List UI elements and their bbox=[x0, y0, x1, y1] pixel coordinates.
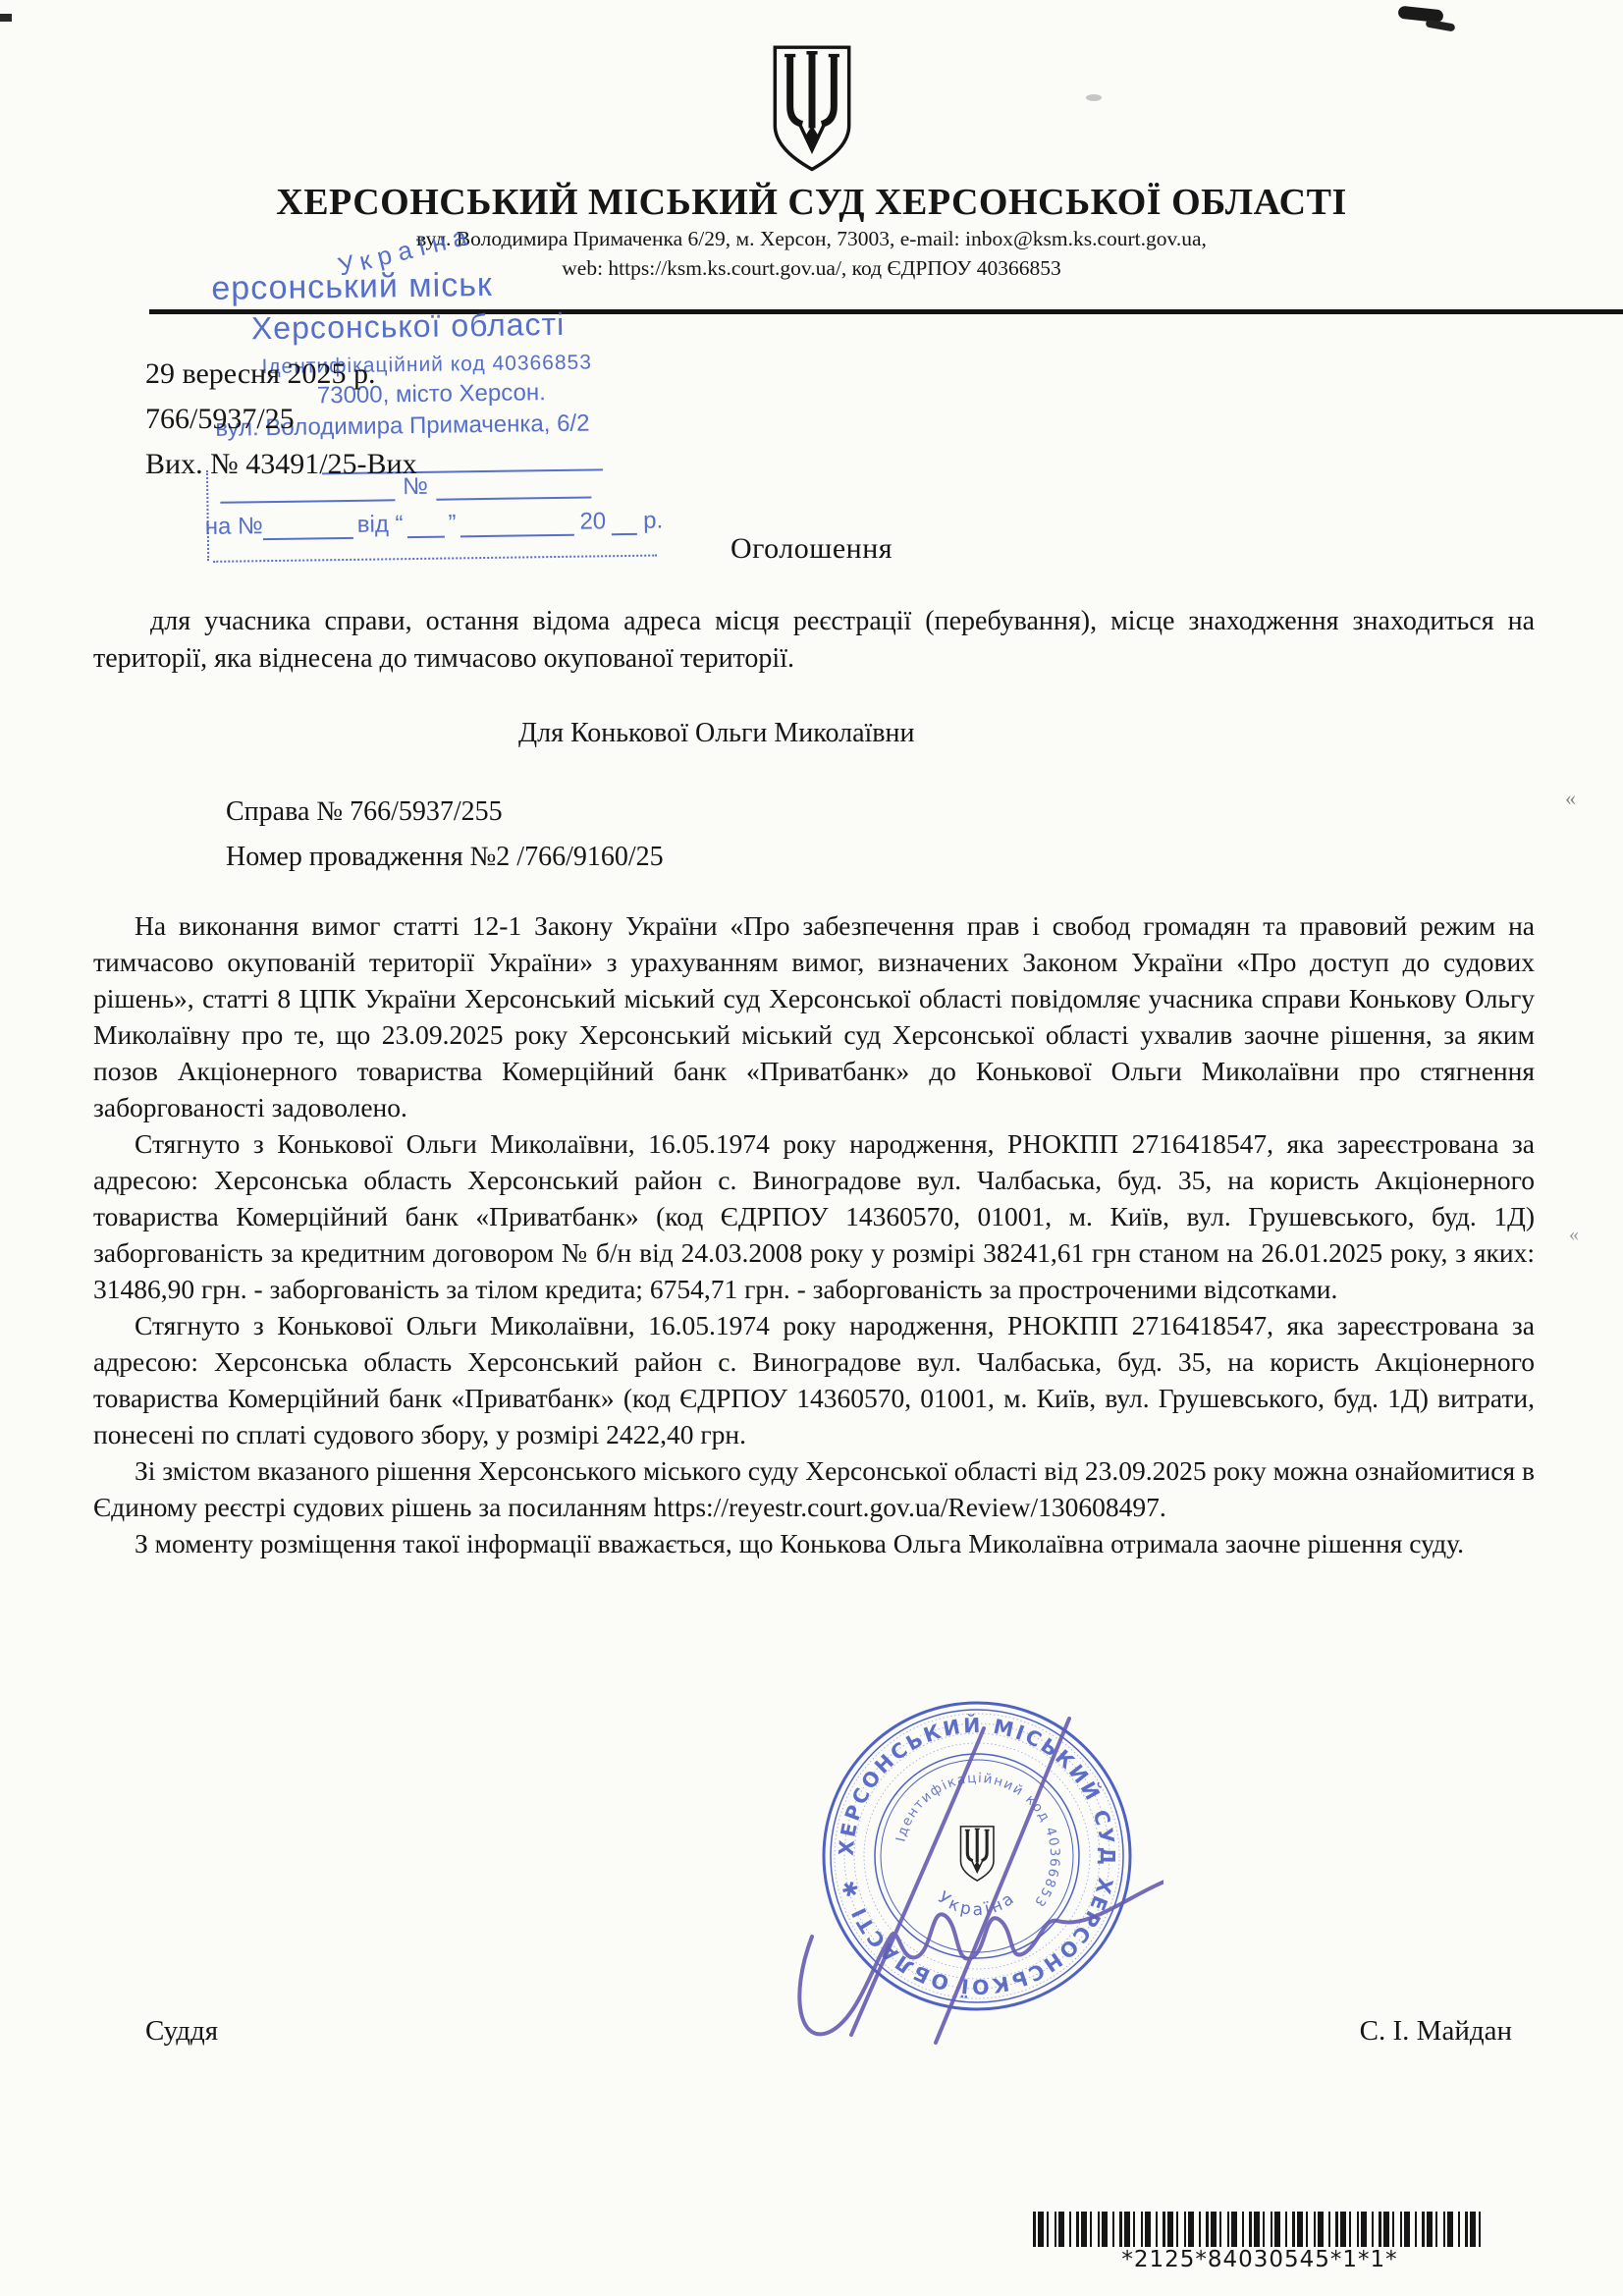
body-text: На виконання вимог статті 12-1 Закону Ук… bbox=[93, 907, 1535, 1561]
addressee-line: Для Конькової Ольги Миколаївни bbox=[518, 718, 914, 749]
scan-artifact bbox=[1086, 94, 1102, 101]
outgoing-number: Вих. № 43491/25-Вих bbox=[145, 442, 417, 487]
stamp-bottom-dotted bbox=[213, 553, 657, 563]
stamp-r-label: р. bbox=[637, 507, 669, 534]
stamp-form-line bbox=[436, 476, 591, 500]
stamp-form-line bbox=[263, 518, 353, 540]
case-number-line: Справа № 766/5937/255 bbox=[226, 790, 664, 835]
stamp-form-line bbox=[406, 517, 444, 539]
stamp-court-line1: ерсонський міськ bbox=[211, 266, 493, 308]
proceeding-number-line: Номер провадження №2 /766/9160/25 bbox=[226, 835, 664, 880]
outgoing-block: 29 вересня 2025 р. 766/5937/25 Вих. № 43… bbox=[145, 352, 417, 487]
stamp-form-line bbox=[612, 514, 637, 535]
scan-artifact bbox=[1426, 19, 1456, 31]
court-seal: ХЕРСОНСЬКИЙ МІСЬКИЙ СУД ХЕРСОНСЬКОЇ ОБЛА… bbox=[790, 1669, 1163, 2067]
scan-artifact: « bbox=[1569, 1224, 1579, 1246]
scan-artifact: « bbox=[1565, 786, 1576, 811]
court-name: ХЕРСОНСЬКИЙ МІСЬКИЙ СУД ХЕРСОНСЬКОЇ ОБЛА… bbox=[0, 181, 1623, 224]
body-paragraph: Стягнуто з Конькової Ольги Миколаївни, 1… bbox=[93, 1125, 1535, 1307]
body-paragraph: На виконання вимог статті 12-1 Закону Ук… bbox=[93, 907, 1535, 1125]
barcode-label: *2125*84030545*1*1* bbox=[1033, 2247, 1487, 2272]
stamp-vid-label: від “ bbox=[353, 511, 407, 539]
seal-tryzub-icon bbox=[960, 1827, 993, 1881]
outgoing-case-no: 766/5937/25 bbox=[145, 397, 417, 442]
scan-artifact bbox=[0, 14, 12, 22]
stamp-quote-label: ” bbox=[444, 510, 460, 537]
scanned-court-document: ХЕРСОНСЬКИЙ МІСЬКИЙ СУД ХЕРСОНСЬКОЇ ОБЛА… bbox=[0, 0, 1623, 2296]
outgoing-date: 29 вересня 2025 р. bbox=[145, 352, 417, 397]
stamp-court-line2: Херсонської області bbox=[251, 306, 566, 347]
stamp-on-no-label: на № bbox=[205, 513, 263, 541]
judge-name: С. І. Майдан bbox=[1360, 2015, 1512, 2048]
court-seal-icon: ХЕРСОНСЬКИЙ МІСЬКИЙ СУД ХЕРСОНСЬКОЇ ОБЛА… bbox=[790, 1669, 1163, 2062]
case-reference-block: Справа № 766/5937/255 Номер провадження … bbox=[226, 790, 664, 880]
stamp-form-line bbox=[460, 515, 573, 538]
intro-paragraph: для учасника справи, остання відома адре… bbox=[93, 603, 1535, 678]
ukraine-coat-of-arms-icon bbox=[769, 43, 855, 175]
body-paragraph: З моменту розміщення такої інформації вв… bbox=[93, 1525, 1535, 1561]
body-paragraph: Зі змістом вказаного рішення Херсонськог… bbox=[93, 1452, 1535, 1525]
body-paragraph: Стягнуто з Конькової Ольги Миколаївни, 1… bbox=[93, 1307, 1535, 1452]
stamp-form-row-date: на № від “ ” 20 р. bbox=[205, 507, 670, 541]
stamp-year-label: 20 bbox=[573, 508, 612, 536]
barcode bbox=[1033, 2212, 1487, 2247]
judge-role-label: Суддя bbox=[145, 2015, 218, 2048]
